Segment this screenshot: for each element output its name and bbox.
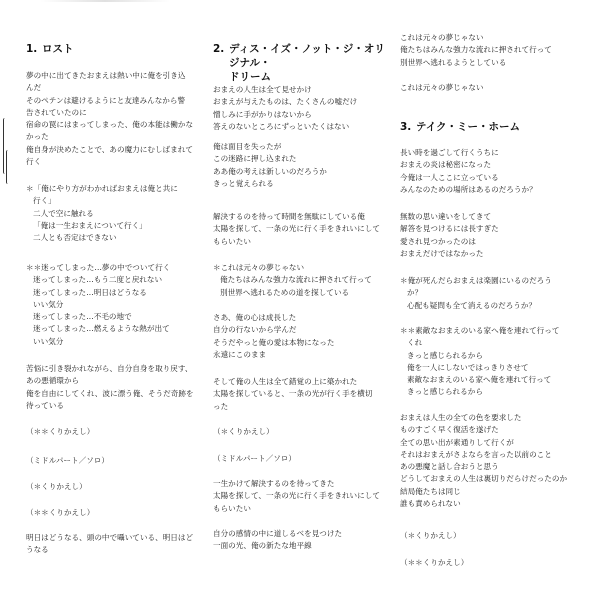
song-2-title: 2.ディス・イズ・ノット・ジ・オリジナル・ドリーム <box>213 42 393 84</box>
song-1-verse-2: 苦悩に引き裂かれながら、自分自身を取り戻す、 あの悪循環から 俺を自由にしてくれ… <box>26 363 206 412</box>
song-2-verse-6: 一生かけて解決するのを待ってきた 太陽を探して、一条の光に行く手をきれいにして … <box>213 478 393 515</box>
song-1-repeat-b-2: （＊＊くりかえし） <box>26 507 206 519</box>
song-2-repeat-a: （＊くりかえし） <box>213 426 393 438</box>
song-2-continuation-1: これは元々の夢じゃない 俺たちはみんな強力な流れに押されて行って 別世界へ逃れる… <box>400 32 580 69</box>
song-3-repeat-b: （＊＊くりかえし） <box>400 557 580 569</box>
song-1-verse-1: 夢の中に出てきたおまえは熱い中に俺を引き込 んだ そのペテンは避けるようにと友達… <box>26 70 206 168</box>
song-1-chorus-a: ＊「俺にやり方がわかればおまえは俺と共に 行く」 二人で空に触れる 「俺は一生お… <box>26 183 206 244</box>
song-1-chorus-b: ＊＊迷ってしまった…夢の中でついて行く 迷ってしまった…もう二度と戻れない 迷っ… <box>26 262 206 348</box>
song-2-middle-part: （ミドルパート／ソロ） <box>213 453 393 465</box>
song-3-verse-3: おまえは人生の全ての色を要求した ものすごく早く復活を遂げた 全ての思い出が素通… <box>400 412 580 510</box>
song-3-verse-2: 無数の思い違いをしてきて 解答を見つけるには長すぎた 愛され見つかったのは おま… <box>400 211 580 260</box>
song-3-chorus-a: ＊俺が死んだらおまえは楽園にいるのだろう か？ 心配も疑問も全て消えるのだろうか… <box>400 275 580 312</box>
margin-pen-mark <box>6 150 10 184</box>
song-3-chorus-b: ＊＊素敵なおまえのいる家へ俺を連れて行って くれ きっと感じられるから 俺を一人… <box>400 325 580 399</box>
song-1-repeat-a: （＊くりかえし） <box>26 481 206 493</box>
song-1-title: 1.ロスト <box>26 42 206 56</box>
page-top-shadow <box>40 0 170 2</box>
song-2-verse-5: そして俺の人生は全て錯覚の上に築かれた 太陽を探していると、一条の光が行く手を横… <box>213 376 393 413</box>
song-3-verse-1: 長い時を過ごして行くうちに おまえの炎は秘密になった 今俺は一人ここに立っている… <box>400 147 580 196</box>
song-1-middle-part: （ミドルパート／ソロ） <box>26 455 206 467</box>
song-2-verse-3: 解決するのを待って時間を無駄にしている俺 太陽を探して、一条の光に行く手をきれい… <box>213 211 393 248</box>
song-3-title: 3.テイク・ミー・ホーム <box>400 120 580 134</box>
song-1-outro: 明日はどうなる、頭の中で囁いている、明日はど うなる <box>26 532 206 557</box>
song-2-continuation-2: これは元々の夢じゃない <box>400 82 580 94</box>
song-3-repeat-a: （＊くりかえし） <box>400 530 580 542</box>
song-2-verse-2: 俺は面目を失ったが この迷路に押し込まれた ああ俺の考えは新しいのだろうか きっ… <box>213 141 393 190</box>
song-2-verse-4: さあ、俺の心は成長した 自分の行ないから学んだ そうだやっと俺の愛は本物になった… <box>213 312 393 361</box>
song-2-chorus: ＊これは元々の夢じゃない 俺たちはみんな強力な流れに押されて行って 別世界へ逃れ… <box>213 262 393 299</box>
song-2-verse-1: おまえの人生は全て見せかけ おまえが与えたものは、たくさんの嘘だけ 憎しみに手が… <box>213 84 393 133</box>
song-2-outro: 自分の感情の中に道しるべを見つけた 一面の光、俺の新たな地平線 <box>213 528 393 553</box>
song-1-repeat-b: （＊＊くりかえし） <box>26 426 206 438</box>
